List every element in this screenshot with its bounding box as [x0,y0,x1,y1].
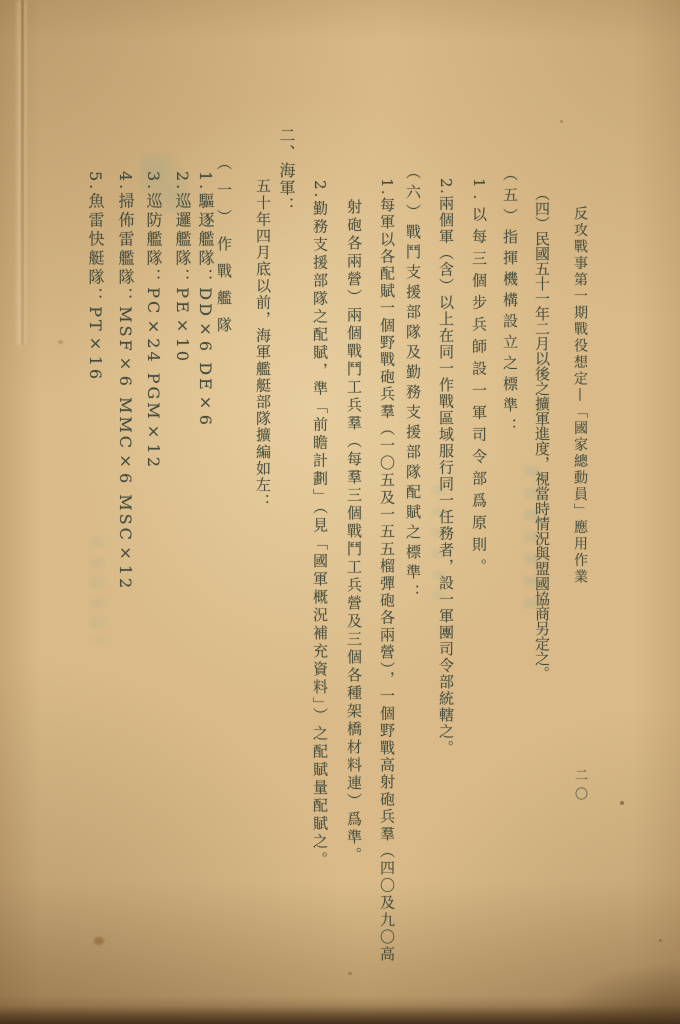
page-number: 二〇 [570,768,589,806]
column-fleet-5: 5.魚雷快艇隊：PT×16 [84,171,107,382]
paper-speck [58,340,63,344]
paper-speck [560,120,563,123]
column-item-5: （五）指揮機構設立之標準： [500,166,521,439]
document-page: 反攻戰事第一期戰役想定—「國家總動員」應用作業 （四）民國五十一年二月以後之擴軍… [0,0,680,1024]
column-item-6-1a: 1.每軍以各配賦一個野戰砲兵羣（一〇五及一五五榴彈砲各兩營），一個野戰高射砲兵羣… [377,178,398,963]
column-fleet-1: 1.驅逐艦隊：DD×6 DE×6 [194,171,217,428]
column-navy-intro: 五十年四月底以前，海軍艦艇部隊擴編如左： [253,178,274,510]
column-item-6-1b: 射砲各兩營）兩個戰鬥工兵羣（每羣三個戰鬥工兵營及三個各種架橋材料連）爲準。 [344,199,365,865]
column-navy-sub-1: （一）作戰艦隊 [214,155,235,344]
paper-speck [659,939,662,942]
paper-speck [620,801,624,805]
ink-bleed-through [90,538,104,642]
column-section-navy: 二、海軍： [275,127,298,215]
column-document-title: 反攻戰事第一期戰役想定—「國家總動員」應用作業 [570,206,590,586]
page-bottom-edge [0,996,680,1024]
column-item-5-1: 1.以每三個步兵師設一軍司令部爲原則。 [469,178,490,580]
paper-speck [348,972,352,975]
column-item-5-2: 2.兩個軍（含）以上在同一作戰區域服行同一任務者，設一軍團司令部統轄之。 [436,178,457,756]
column-item-4: （四）民國五十一年二月以後之擴軍進度，視當時情況與盟國協商另定之。 [532,186,553,681]
page-crease-line [21,0,24,345]
column-item-6-2: 2.勤務支援部隊之配賦，準「前瞻計劃」（見「國軍概況補充資料」）之配賦量配賦之。 [310,180,331,869]
column-fleet-3: 3.巡防艦隊：PC×24 PGM×12 [142,171,165,470]
column-fleet-4: 4.掃佈雷艦隊：MSF×6 MMC×6 MSC×12 [114,171,137,591]
column-fleet-2: 2.巡邏艦隊：PE×10 [171,171,194,364]
paper-stain [94,937,104,945]
column-item-6: （六）戰鬥支援部隊及勤務支援部隊配賦之標準： [403,164,424,604]
